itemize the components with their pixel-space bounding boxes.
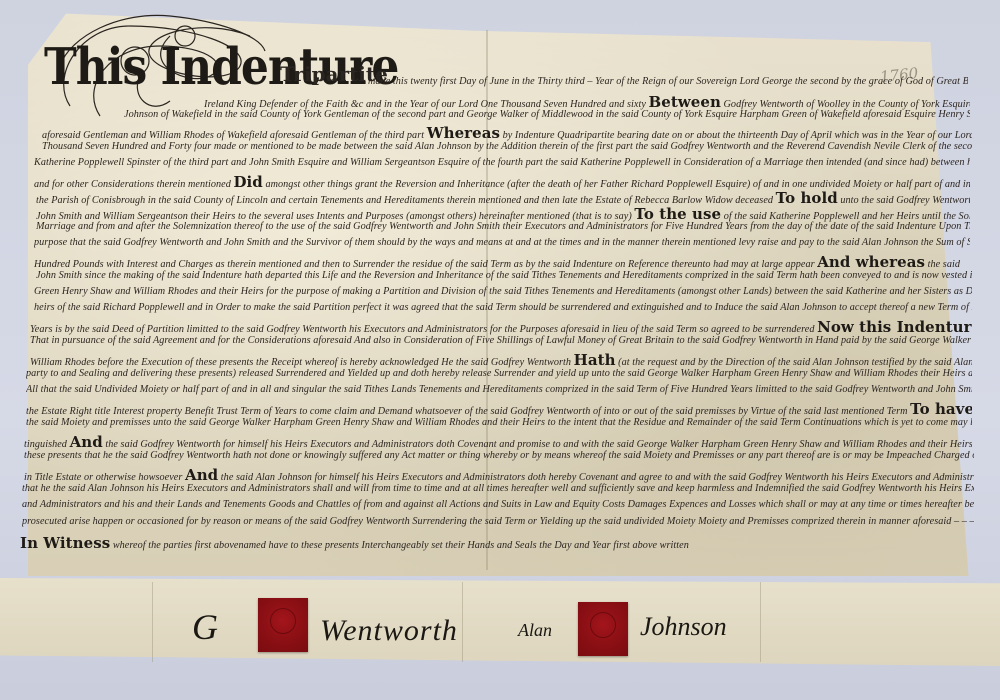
signature-johnson: Johnson <box>640 612 727 642</box>
text-line: party to and Sealing and delivering thes… <box>26 368 972 379</box>
keyword-hath: Hath <box>574 351 616 369</box>
text-line: Johnson of Wakefield in the said County … <box>124 109 970 120</box>
text-line: John Smith since the making of the said … <box>36 270 972 281</box>
fold-crease <box>462 582 463 662</box>
keyword-to-have-and-to-hold: To have and to hold <box>910 400 972 418</box>
text-line: the said Moiety and premisses unto the s… <box>26 417 972 428</box>
parchment-tail-strip <box>0 578 1000 666</box>
text-line: prosecuted arise happen or occasioned fo… <box>22 516 974 527</box>
keyword-whereas: Whereas <box>427 124 500 142</box>
signature-wentworth-initial: G <box>192 606 218 648</box>
text-line: in Title Estate or otherwise howsoever A… <box>24 466 974 484</box>
text-line: purpose that the said Godfrey Wentworth … <box>34 237 970 248</box>
text-line: Marriage and from and after the Solemniz… <box>36 221 970 232</box>
text-line: tinguished And the said Godfrey Wentwort… <box>24 433 972 451</box>
keyword-and: And <box>185 466 218 484</box>
fold-crease <box>760 582 761 662</box>
keyword-and-whereas: And whereas <box>817 253 925 271</box>
wax-seal-icon <box>578 602 628 656</box>
keyword-now-this-indenture-witnesseth: Now this Indenture witnesseth <box>817 318 972 336</box>
text-line: Thousand Seven Hundred and Forty four ma… <box>42 141 972 152</box>
text-line: That in pursuance of the said Agreement … <box>30 335 972 346</box>
wax-seal-icon <box>258 598 308 652</box>
text-line: Katherine Popplewell Spinster of the thi… <box>34 157 970 168</box>
text-line: heirs of the said Richard Popplewell and… <box>34 302 972 313</box>
text-line: and Administrators and his and their Lan… <box>22 499 974 510</box>
text-line: In Witness whereof the parties first abo… <box>20 534 820 552</box>
signature-wentworth: Wentworth <box>320 614 458 648</box>
text-line: Hundred Pounds with Interest and Charges… <box>34 253 974 271</box>
text-line: that he the said Alan Johnson his Heirs … <box>22 483 974 494</box>
keyword-and: And <box>70 433 103 451</box>
text-line: the Estate Right title Interest property… <box>26 400 972 418</box>
fold-crease <box>152 582 153 662</box>
text-line: made this twenty first Day of June in th… <box>368 76 968 87</box>
text-line: Years is by the said Deed of Partition l… <box>30 318 972 336</box>
text-line: William Rhodes before the Execution of t… <box>30 351 972 369</box>
text-line: these presents that he the said Godfrey … <box>24 450 974 461</box>
text-line: All that the said Undivided Moiety or ha… <box>26 384 972 395</box>
signature-johnson-first: Alan <box>518 620 552 641</box>
text-line: aforesaid Gentleman and William Rhodes o… <box>42 124 972 142</box>
keyword-in-witness: In Witness <box>20 534 110 552</box>
text-line: Green Henry Shaw and William Rhodes and … <box>34 286 972 297</box>
